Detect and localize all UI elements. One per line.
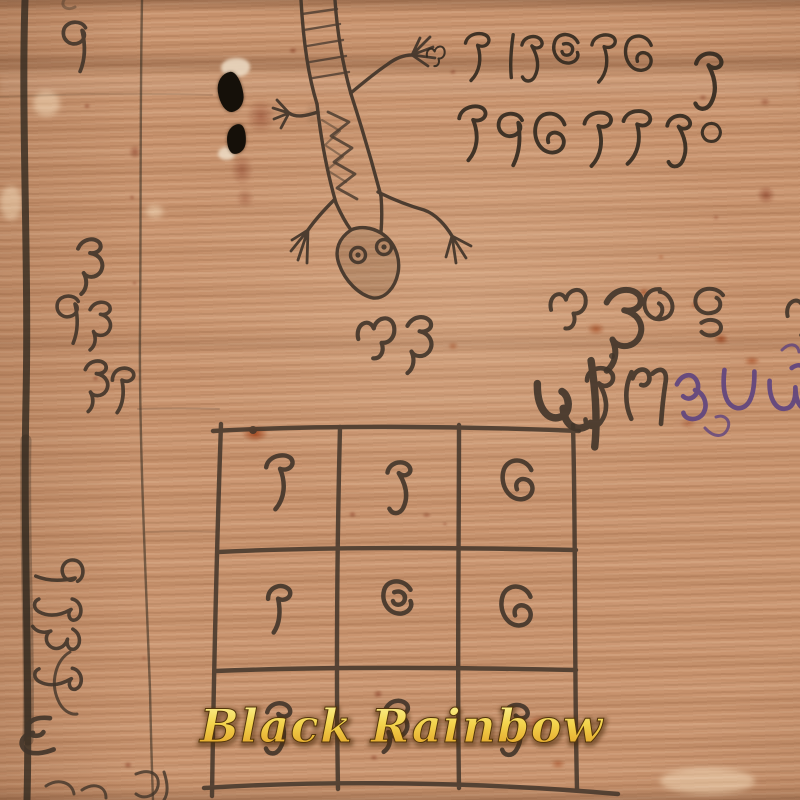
glyph-g5	[383, 581, 411, 613]
glyph-g7	[466, 34, 489, 81]
glyph-gma	[643, 288, 673, 320]
glyph-gna	[677, 375, 706, 419]
glyph-g7	[265, 455, 295, 510]
glyph-gka	[624, 368, 666, 424]
glyph-g7	[621, 110, 650, 165]
glyph-run-left-1	[63, 21, 89, 72]
glyph-g3	[407, 317, 431, 373]
glyph-run-left-4	[85, 360, 134, 412]
lizard-drawing	[273, 0, 471, 298]
glyph-gya	[769, 365, 800, 410]
glyph-g6	[534, 113, 566, 154]
glyph-g2	[35, 599, 81, 620]
glyph-g3	[31, 626, 80, 650]
glyph-g2	[695, 53, 721, 109]
glyph-g3	[90, 302, 110, 350]
glyph-g2	[35, 668, 82, 690]
glyph-g4	[499, 114, 522, 166]
lizard-tail	[301, 0, 351, 104]
glyph-g6	[502, 460, 533, 500]
glyph-g4	[56, 295, 81, 344]
glyph-gtha	[787, 297, 800, 336]
lizard-front-left-leg	[273, 100, 318, 128]
glyph-ghta	[695, 288, 724, 335]
glyph-run-top-right-line2	[458, 106, 720, 167]
glyph-g0	[702, 123, 721, 142]
ink-drawing-layer: Black Rainbow Black Rainbow	[0, 0, 800, 800]
lizard-hind-left-leg	[291, 200, 334, 263]
lizard-body	[317, 94, 382, 232]
left-margin-rules	[0, 0, 219, 800]
glyph-g2	[667, 115, 692, 166]
glyph-gtha	[549, 289, 587, 329]
glyph-g2	[387, 462, 413, 514]
glyph-g1	[268, 586, 291, 633]
glyph-g7	[458, 106, 488, 161]
glyph-gbar	[509, 35, 514, 78]
glyph-g7	[592, 35, 617, 83]
glyph-g4	[35, 559, 84, 584]
glyph-gpa	[722, 370, 754, 409]
glyph-gtha	[357, 318, 397, 360]
glyph-run-right-block-line1	[549, 288, 800, 371]
watermark: Black Rainbow Black Rainbow	[198, 699, 605, 755]
ink-dot	[249, 426, 257, 434]
lizard-front-right-leg	[352, 37, 435, 92]
glyph-g2	[522, 36, 543, 81]
glyph-g5	[553, 34, 579, 64]
glyph-g4	[63, 21, 89, 72]
glyph-run-left-2	[77, 239, 104, 294]
glyph-g3	[85, 360, 110, 411]
glyph-run-below-lizard	[357, 317, 432, 373]
glyph-run-top-right-line1	[426, 34, 721, 110]
glyph-g1	[112, 368, 133, 412]
glyph-g3	[77, 239, 104, 294]
manuscript-photo: { "palette": { "fabric_base": "#c9946f",…	[0, 0, 800, 800]
glyph-g7	[584, 112, 612, 166]
glyph-g6	[625, 36, 652, 71]
glyph-g6	[501, 586, 531, 625]
lizard-head	[337, 228, 399, 298]
glyph-run-left-3	[56, 295, 110, 350]
watermark-text: Black Rainbow	[198, 699, 604, 753]
